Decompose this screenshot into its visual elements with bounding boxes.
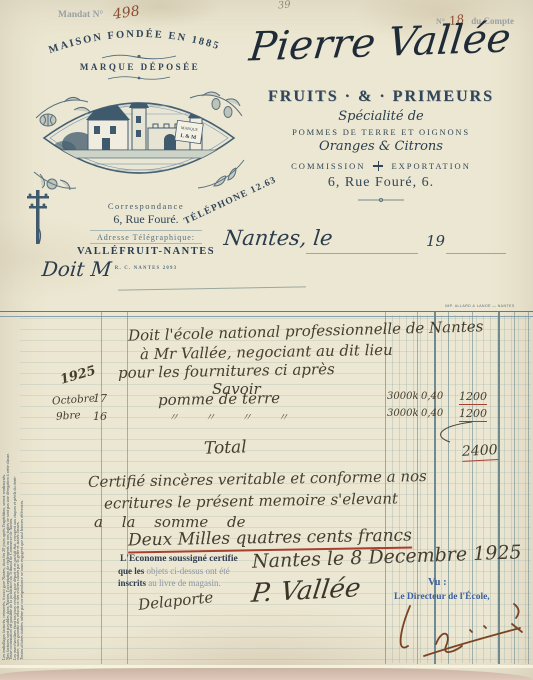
doit-label: Doit M xyxy=(41,257,113,281)
telegraph-address-label: Adresse Télégraphique: xyxy=(66,233,226,242)
specialty-sub: Oranges & Citrons xyxy=(246,139,516,154)
stamp-line3-bold: inscrits xyxy=(118,578,146,588)
chateau-vignette-illustration: MARQUE L & M xyxy=(30,76,248,200)
stamp-line2-rest: objets ci-dessus ont été xyxy=(147,566,230,576)
row-description: pomme de terre xyxy=(158,389,280,409)
commission-exportation-row: COMMISSION EXPORTATION xyxy=(246,161,516,171)
row-day: 17 xyxy=(93,392,107,405)
dateline-prefix: Nantes, le xyxy=(223,226,334,250)
leaf-sprig-bottom-right xyxy=(198,160,244,188)
dateline-blank xyxy=(446,253,506,254)
stamp-line2-bold: que les xyxy=(118,566,144,576)
torn-edge xyxy=(0,668,533,680)
margin-conditions: Les emballages facturés, retournés, fran… xyxy=(2,316,23,660)
trade-title: FRUITS · & · PRIMEURS xyxy=(246,88,516,106)
stamp-line1: L'Econome soussigné certifie xyxy=(120,554,238,564)
telegraph-pole-icon xyxy=(26,188,50,246)
dateline-blank xyxy=(306,253,418,254)
stamp-line3-rest: au livre de magasin. xyxy=(148,578,220,588)
specialty-intro: Spécialité de xyxy=(246,109,516,124)
divider xyxy=(90,230,202,231)
pencil-annotation: 39 xyxy=(277,0,291,12)
total-label: Total xyxy=(204,437,247,458)
divider xyxy=(90,243,202,244)
company-name: Pierre Vallée xyxy=(227,15,533,71)
invoice-document: Mandat N° 498 39 N° 18 du Compte MAISON … xyxy=(0,0,533,680)
row-description-ditto: 〃 〃 〃 〃 xyxy=(168,409,289,425)
total-amount: 2400 xyxy=(462,442,499,462)
ornament-flourish-icon xyxy=(348,196,414,204)
street-address: 6, Rue Fouré, 6. xyxy=(246,175,516,191)
telegraph-address: VALLÉFRUIT-NANTES xyxy=(58,246,234,257)
exportation-label: EXPORTATION xyxy=(391,161,470,171)
row-quantity: 3000k xyxy=(387,408,419,419)
director-signature xyxy=(386,600,530,670)
marque-deposee-label: MARQUE DÉPOSÉE xyxy=(58,62,222,72)
ornament-flourish-icon xyxy=(100,52,178,61)
fruit-sprig-top-right xyxy=(190,92,242,118)
vendor-signature: P. Vallée xyxy=(250,573,363,609)
cross-icon xyxy=(373,161,383,171)
doit-blank xyxy=(118,286,306,290)
row-unit-price: 0,40 xyxy=(421,391,443,402)
specialty-main: POMMES DE TERRE ET OIGNONS xyxy=(240,127,522,137)
row-day: 16 xyxy=(93,410,107,423)
printer-mark: IMP. ALLARD & LANOË — NANTES xyxy=(445,304,515,308)
row-unit-price: 0,40 xyxy=(421,408,443,419)
margin-line: Toutes affaires traitées même par corres… xyxy=(20,316,24,660)
vu-label: Vu : xyxy=(428,577,447,588)
row-month: 9bre xyxy=(56,409,81,423)
stamp-line2: que les objets ci-dessus ont été xyxy=(118,566,230,576)
handwritten-intro-line3: pour les fournitures ci après xyxy=(118,360,335,382)
row-quantity: 3000k xyxy=(387,391,419,402)
vignette-marque-shield: MARQUE L & M xyxy=(175,120,204,143)
dateline-century: 19 xyxy=(426,232,445,250)
commission-label: COMMISSION xyxy=(291,161,365,171)
row-amount: 1200 xyxy=(459,390,487,405)
stamp-line3: inscrits au livre de magasin. xyxy=(118,578,221,588)
